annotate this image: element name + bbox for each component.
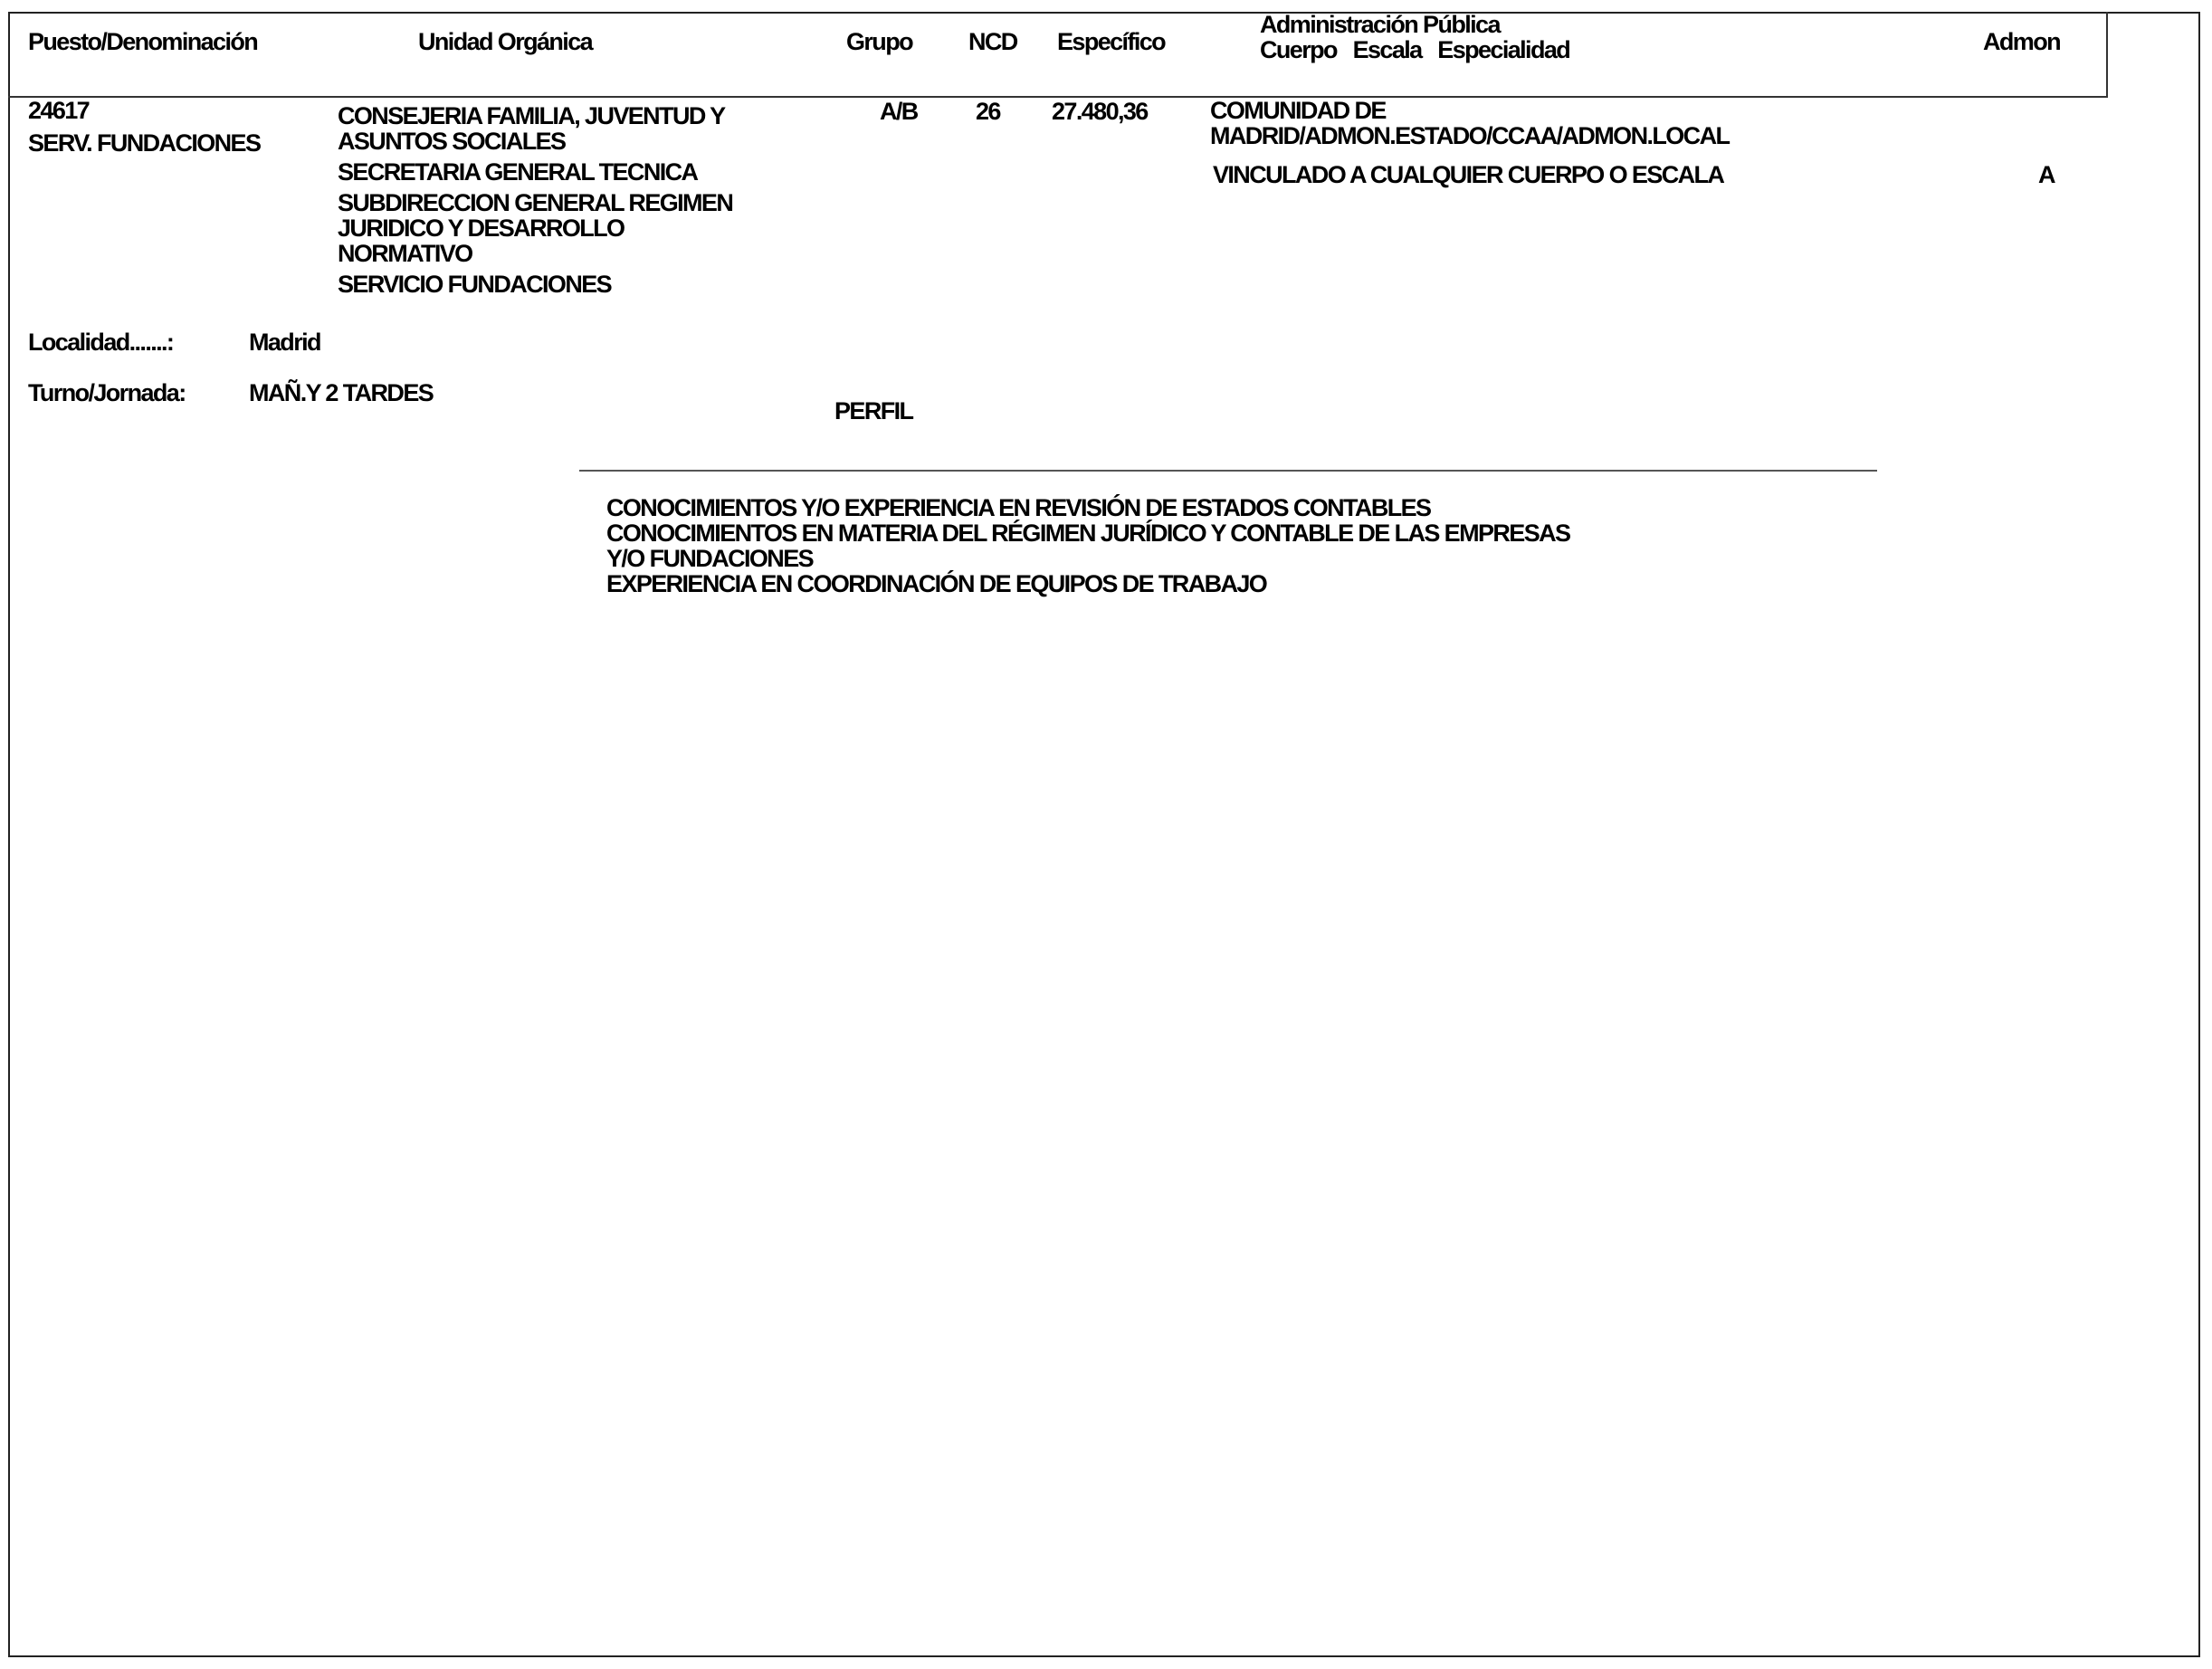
perfil-line: Y/O FUNDACIONES: [606, 546, 1569, 571]
especifico-value: 27.480,36: [1052, 99, 1148, 125]
perfil-divider: [579, 470, 1877, 472]
col-header-adm-publica: Administración Pública: [1260, 12, 1500, 38]
col-header-grupo: Grupo: [846, 29, 912, 55]
admon-value: A: [2038, 162, 2055, 188]
unidad-line: ASUNTOS SOCIALES: [338, 129, 732, 154]
grupo-value: A/B: [880, 99, 918, 125]
unidad-line: NORMATIVO: [338, 241, 732, 266]
puesto-denominacion: SERV. FUNDACIONES: [28, 130, 260, 157]
col-header-puesto: Puesto/Denominación: [28, 29, 257, 55]
perfil-line: CONOCIMIENTOS Y/O EXPERIENCIA EN REVISIÓ…: [606, 495, 1569, 520]
ncd-value: 26: [976, 99, 1000, 125]
col-header-admon: Admon: [1983, 29, 2060, 55]
adm-publica-value: COMUNIDAD DE MADRID/ADMON.ESTADO/CCAA/AD…: [1210, 98, 1729, 148]
unidad-line: JURIDICO Y DESARROLLO: [338, 215, 732, 241]
perfil-title: PERFIL: [834, 398, 912, 424]
puesto-codigo: 24617: [28, 98, 89, 124]
unidad-line: SECRETARIA GENERAL TECNICA: [338, 159, 732, 185]
turno-label: Turno/Jornada:: [28, 380, 186, 406]
col-header-cuerpo-escala: Cuerpo Escala Especialidad: [1260, 37, 1569, 63]
col-header-unidad: Unidad Orgánica: [418, 29, 592, 55]
perfil-line: CONOCIMIENTOS EN MATERIA DEL RÉGIMEN JUR…: [606, 520, 1569, 546]
turno-value: MAÑ.Y 2 TARDES: [249, 380, 433, 406]
unidad-line: CONSEJERIA FAMILIA, JUVENTUD Y: [338, 103, 732, 129]
adm-publica-line: COMUNIDAD DE: [1210, 98, 1729, 123]
perfil-requirements: CONOCIMIENTOS Y/O EXPERIENCIA EN REVISIÓ…: [606, 495, 1569, 596]
localidad-value: Madrid: [249, 329, 320, 356]
unidad-line: SUBDIRECCION GENERAL REGIMEN: [338, 190, 732, 215]
perfil-line: EXPERIENCIA EN COORDINACIÓN DE EQUIPOS D…: [606, 571, 1569, 596]
cuerpo-value: VINCULADO A CUALQUIER CUERPO O ESCALA: [1213, 162, 1723, 188]
unidad-organica: CONSEJERIA FAMILIA, JUVENTUD Y ASUNTOS S…: [338, 103, 732, 297]
unidad-line: SERVICIO FUNDACIONES: [338, 272, 732, 297]
col-header-especifico: Específico: [1057, 29, 1165, 55]
col-header-ncd: NCD: [968, 29, 1017, 55]
adm-publica-line: MADRID/ADMON.ESTADO/CCAA/ADMON.LOCAL: [1210, 123, 1729, 148]
localidad-label: Localidad.......:: [28, 329, 173, 356]
